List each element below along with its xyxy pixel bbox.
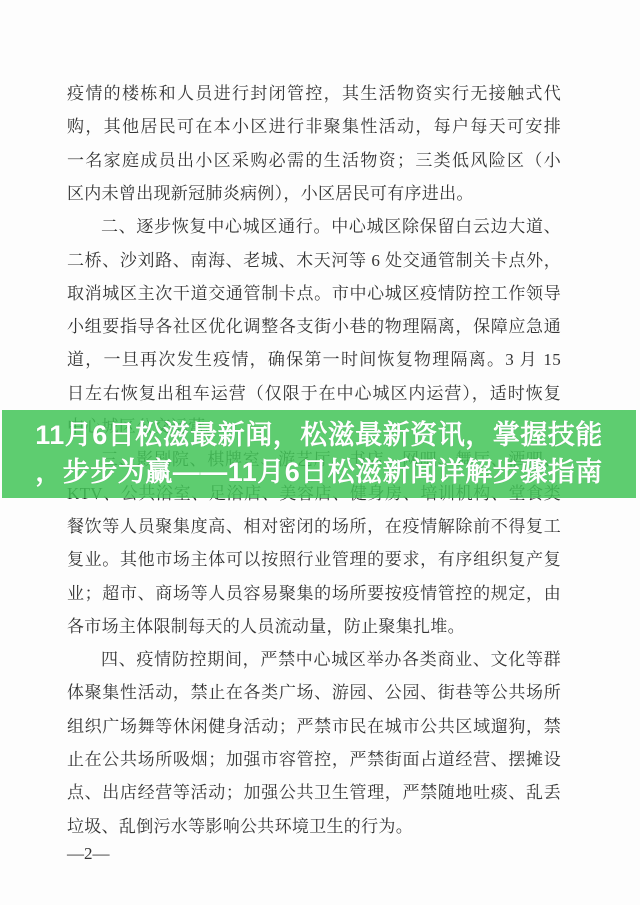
overlay-title-line-1: 11月6日松滋最新闻，松滋最新资讯，掌握技能: [35, 417, 603, 454]
document-line: 餐饮等人员聚集度高、相对密闭的场所，在疫情解除前不得复工: [67, 510, 561, 543]
document-line: 道，一旦再次发生疫情，确保第一时间恢复物理隔离。3 月 15: [67, 343, 561, 376]
document-line: 二、逐步恢复中心城区通行。中心城区除保留白云边大道、: [67, 210, 561, 243]
document-line: 组织广场舞等休闲健身活动；严禁市民在城市公共区域遛狗，禁: [67, 710, 561, 743]
document-line: 日左右恢复出租车运营（仅限于在中心城区内运营），适时恢复: [67, 377, 561, 410]
overlay-title-line-2: ，步步为赢——11月6日松滋新闻详解步骤指南: [35, 454, 603, 491]
title-overlay-banner: 11月6日松滋最新闻，松滋最新资讯，掌握技能 ，步步为赢——11月6日松滋新闻详…: [2, 410, 636, 498]
document-line: 体聚集性活动，禁止在各类广场、游园、公园、街巷等公共场所: [67, 676, 561, 709]
document-line: 复业。其他市场主体可以按照行业管理的要求，有序组织复产复: [67, 543, 561, 576]
document-line: 取消城区主次干道交通管制卡点。市中心城区疫情防控工作领导: [67, 277, 561, 310]
page-number: —2—: [67, 837, 110, 870]
document-line: 各市场主体限制每天的人员流动量，防止聚集扎堆。: [67, 610, 465, 643]
document-line: 点、出店经营等活动；加强公共卫生管理，严禁随地吐痰、乱丢: [67, 776, 561, 809]
document-line: 四、疫情防控期间，严禁中心城区举办各类商业、文化等群: [67, 643, 561, 676]
document-line: 购，其他居民可在本小区进行非聚集性活动，每户每天可安排: [67, 110, 561, 143]
document-line: 一名家庭成员出小区采购必需的生活物资；三类低风险区（小: [67, 144, 561, 177]
document-line: 区内未曾出现新冠肺炎病例），小区居民可有序进出。: [67, 177, 474, 210]
document-line: 业；超市、商场等人员容易聚集的场所要按疫情管控的规定，由: [67, 577, 561, 610]
document-line: 垃圾、乱倒污水等影响公共环境卫生的行为。: [67, 810, 413, 843]
document-line: 小组要指导各社区优化调整各支街小巷的物理隔离，保障应急通: [67, 310, 561, 343]
document-page: 疫情的楼栋和人员进行封闭管控，其生活物资实行无接触式代购，其他居民可在本小区进行…: [0, 0, 640, 905]
document-line: 二桥、沙刘路、南海、老城、木天河等 6 处交通管制关卡点外，: [67, 244, 561, 277]
document-line: 止在公共场所吸烟；加强市容管控，严禁街面占道经营、摆摊设: [67, 743, 561, 776]
document-line: 疫情的楼栋和人员进行封闭管控，其生活物资实行无接触式代: [67, 77, 561, 110]
